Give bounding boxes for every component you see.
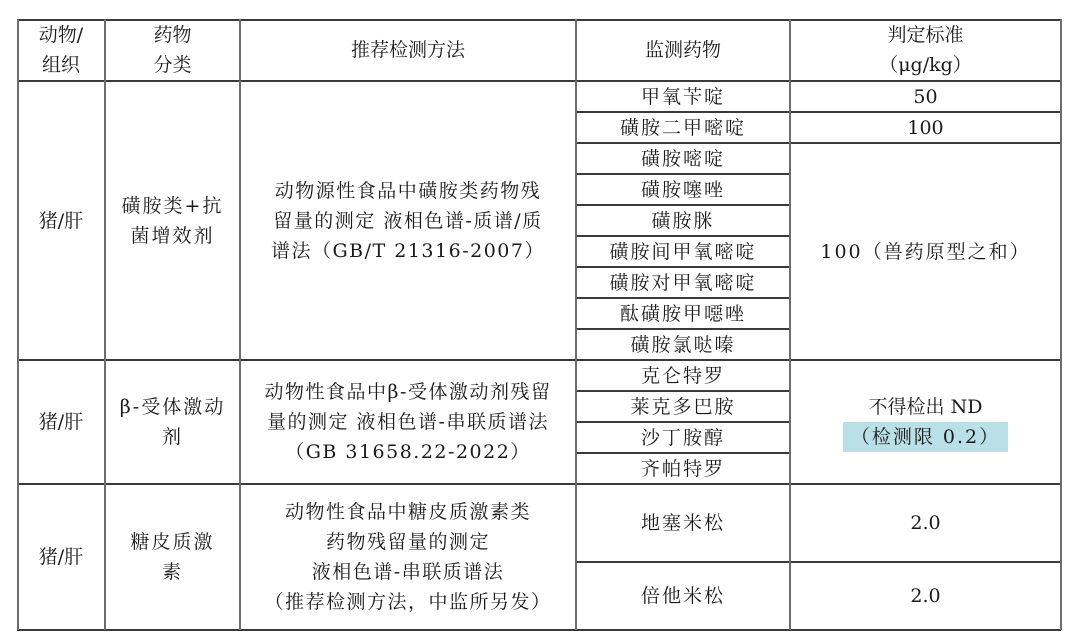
drug-cell: 磺胺对甲氧嘧啶 bbox=[576, 267, 790, 298]
drug-cell: 齐帕特罗 bbox=[576, 453, 790, 484]
drug-text: 磺胺二甲嘧啶 bbox=[620, 113, 746, 143]
category-text: 素 bbox=[162, 557, 183, 587]
method-text: 液相色谱-串联质谱法 bbox=[312, 557, 504, 587]
drug-cell: 磺胺脒 bbox=[576, 205, 790, 236]
drug-text: 甲氧苄啶 bbox=[641, 82, 725, 112]
standard-cell: 不得检出 ND （检测限 0.2） bbox=[790, 360, 1061, 484]
drug-cell: 磺胺间甲氧嘧啶 bbox=[576, 236, 790, 267]
category-cell: 磺胺类+抗菌增效剂 bbox=[105, 81, 240, 360]
method-cell: 动物源性食品中磺胺类药物残留量的测定 液相色谱-质谱/质谱法（GB/T 2131… bbox=[240, 81, 576, 360]
category-cell: 糖皮质激素 bbox=[105, 484, 240, 630]
category-cell: β-受体激动剂 bbox=[105, 360, 240, 484]
drug-text: 磺胺脒 bbox=[651, 206, 714, 236]
drug-cell: 甲氧苄啶 bbox=[576, 81, 790, 112]
standard-cell: 100（兽药原型之和） bbox=[790, 143, 1061, 360]
drug-cell: 地塞米松 bbox=[576, 484, 790, 562]
standard-cell: 100 bbox=[790, 112, 1061, 143]
header-text: 动物/ bbox=[39, 20, 83, 50]
drug-text: 齐帕特罗 bbox=[641, 454, 725, 484]
drug-text: 地塞米松 bbox=[641, 508, 725, 538]
header-text: （μg/kg） bbox=[879, 50, 972, 80]
category-text: β-受体激动 bbox=[120, 392, 225, 422]
drug-cell: 沙丁胺醇 bbox=[576, 422, 790, 453]
header-drug-category: 药物分类 bbox=[105, 19, 240, 81]
method-text: （GB 31658.22-2022） bbox=[285, 437, 531, 467]
header-standard: 判定标准（μg/kg） bbox=[790, 19, 1061, 81]
header-method: 推荐检测方法 bbox=[240, 19, 576, 81]
animal-text: 猪/肝 bbox=[39, 206, 83, 236]
drug-text: 沙丁胺醇 bbox=[641, 423, 725, 453]
method-text: 动物源性食品中磺胺类药物残 bbox=[275, 176, 542, 206]
animal-cell: 猪/肝 bbox=[17, 81, 105, 360]
method-cell: 动物性食品中糖皮质激素类药物残留量的测定液相色谱-串联质谱法（推荐检测方法，中监… bbox=[240, 484, 576, 630]
method-text: 动物性食品中糖皮质激素类 bbox=[285, 497, 531, 527]
method-text: 动物性食品中β-受体激动剂残留 bbox=[265, 377, 552, 407]
detection-limit-note: （检测限 0.2） bbox=[843, 422, 1008, 452]
drug-text: 酞磺胺甲噁唑 bbox=[620, 299, 746, 329]
method-text: 留量的测定 液相色谱-质谱/质 bbox=[273, 206, 542, 236]
drug-text: 磺胺嘧啶 bbox=[641, 144, 725, 174]
drug-text: 磺胺噻唑 bbox=[641, 175, 725, 205]
animal-cell: 猪/肝 bbox=[17, 360, 105, 484]
category-text: 磺胺类+抗 bbox=[122, 191, 224, 221]
method-text: （推荐检测方法，中监所另发） bbox=[264, 587, 551, 617]
standard-value: 100（兽药原型之和） bbox=[820, 237, 1030, 267]
header-animal-tissue: 动物/组织 bbox=[17, 19, 105, 81]
header-text: 判定标准 bbox=[887, 20, 963, 50]
drug-text: 克仑特罗 bbox=[641, 361, 725, 391]
animal-cell: 猪/肝 bbox=[17, 484, 105, 630]
standard-value: 2.0 bbox=[910, 581, 940, 611]
drug-cell: 莱克多巴胺 bbox=[576, 391, 790, 422]
method-cell: 动物性食品中β-受体激动剂残留量的测定 液相色谱-串联质谱法（GB 31658.… bbox=[240, 360, 576, 484]
method-text: 药物残留量的测定 bbox=[326, 527, 490, 557]
residue-standards-table: 动物/组织 药物分类 推荐检测方法 监测药物 判定标准（μg/kg） 猪/肝 磺… bbox=[17, 19, 1061, 630]
animal-text: 猪/肝 bbox=[39, 407, 83, 437]
drug-cell: 磺胺嘧啶 bbox=[576, 143, 790, 174]
header-text: 监测药物 bbox=[645, 35, 721, 65]
drug-text: 磺胺氯哒嗪 bbox=[630, 330, 735, 360]
standard-value: 2.0 bbox=[910, 508, 940, 538]
method-text: 谱法（GB/T 21316-2007） bbox=[271, 236, 545, 266]
category-text: 菌增效剂 bbox=[130, 221, 214, 251]
category-text: 糖皮质激 bbox=[130, 527, 214, 557]
drug-text: 莱克多巴胺 bbox=[630, 392, 735, 422]
standard-value: 50 bbox=[913, 82, 937, 112]
standard-value: 不得检出 ND bbox=[869, 392, 983, 422]
standard-value: 100 bbox=[907, 113, 943, 143]
standard-cell: 2.0 bbox=[790, 562, 1061, 630]
drug-text: 磺胺对甲氧嘧啶 bbox=[609, 268, 756, 298]
method-text: 量的测定 液相色谱-串联质谱法 bbox=[267, 407, 549, 437]
drug-cell: 酞磺胺甲噁唑 bbox=[576, 298, 790, 329]
drug-cell: 磺胺噻唑 bbox=[576, 174, 790, 205]
drug-cell: 克仑特罗 bbox=[576, 360, 790, 391]
header-text: 分类 bbox=[153, 50, 191, 80]
drug-cell: 倍他米松 bbox=[576, 562, 790, 630]
header-monitored-drug: 监测药物 bbox=[576, 19, 790, 81]
header-text: 药物 bbox=[153, 20, 191, 50]
animal-text: 猪/肝 bbox=[39, 542, 83, 572]
header-text: 推荐检测方法 bbox=[351, 35, 465, 65]
drug-text: 磺胺间甲氧嘧啶 bbox=[609, 237, 756, 267]
drug-cell: 磺胺二甲嘧啶 bbox=[576, 112, 790, 143]
category-text: 剂 bbox=[162, 422, 183, 452]
standard-cell: 50 bbox=[790, 81, 1061, 112]
standard-cell: 2.0 bbox=[790, 484, 1061, 562]
drug-cell: 磺胺氯哒嗪 bbox=[576, 329, 790, 360]
drug-text: 倍他米松 bbox=[641, 581, 725, 611]
header-text: 组织 bbox=[42, 50, 80, 80]
